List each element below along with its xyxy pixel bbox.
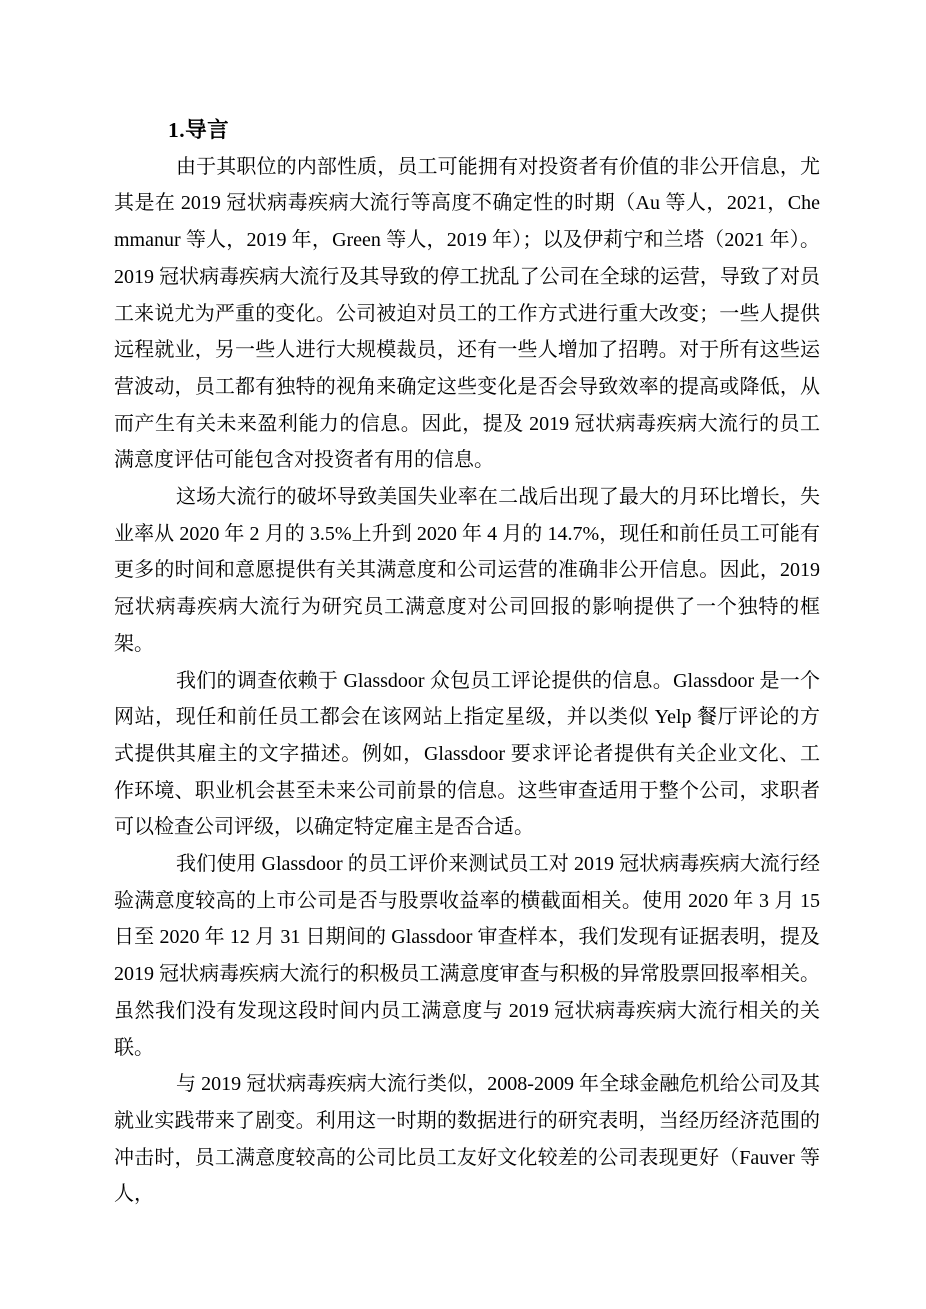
paragraph: 这场大流行的破坏导致美国失业率在二战后出现了最大的月环比增长，失业率从 2020… [114, 479, 820, 663]
document-page: 1.导言 由于其职位的内部性质，员工可能拥有对投资者有价值的非公开信息，尤其是在… [0, 0, 926, 1309]
section-heading: 1.导言 [114, 112, 820, 149]
paragraph: 由于其职位的内部性质，员工可能拥有对投资者有价值的非公开信息，尤其是在 2019… [114, 149, 820, 479]
paragraph: 我们使用 Glassdoor 的员工评价来测试员工对 2019 冠状病毒疾病大流… [114, 846, 820, 1066]
paragraph: 我们的调查依赖于 Glassdoor 众包员工评论提供的信息。Glassdoor… [114, 663, 820, 847]
document-content: 1.导言 由于其职位的内部性质，员工可能拥有对投资者有价值的非公开信息，尤其是在… [114, 112, 820, 1213]
paragraph: 与 2019 冠状病毒疾病大流行类似，2008-2009 年全球金融危机给公司及… [114, 1066, 820, 1213]
